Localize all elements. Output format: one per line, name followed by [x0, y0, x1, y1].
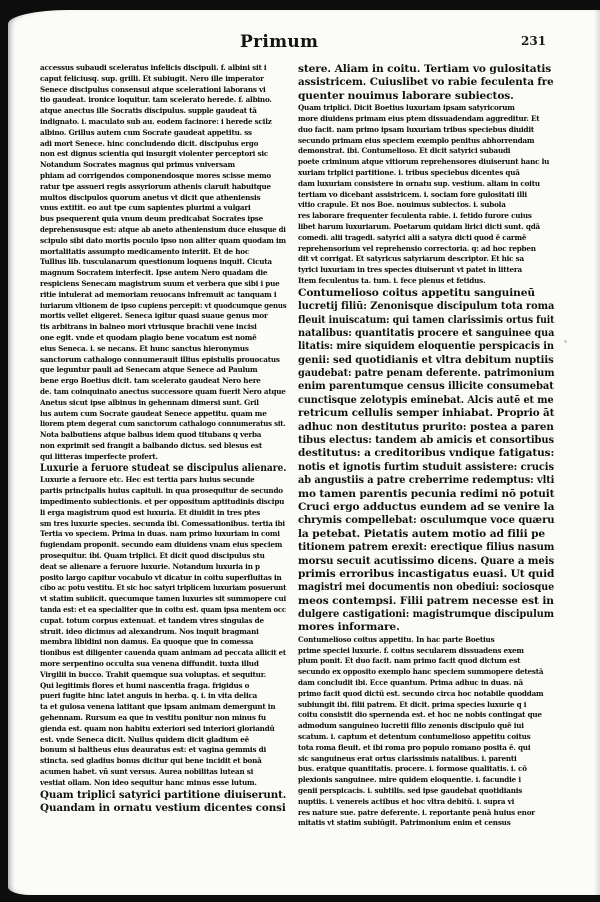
text-line: gaudebat: patre penam deferente. patrimo… [298, 367, 533, 380]
right-column: stere. Aliam in coitu. Tertiam vo gulosi… [298, 63, 554, 829]
text-line: coitu consistit dio spernenda est. et ho… [298, 710, 554, 721]
paper-speck [330, 440, 332, 442]
left-gloss-block-1: accessus subaudi sceleratus infelicis di… [40, 63, 286, 462]
text-line: tyrici luxuriam in tres species diuiseru… [298, 265, 554, 276]
text-line: membra libidini non damus. Ea quoque que… [40, 637, 286, 648]
text-line: notis et ignotis furtim studuit assister… [298, 461, 538, 474]
text-line: natalibus: quantitatis procere et sangui… [298, 327, 534, 340]
text-line: est. vnde Seneca dicit. Nullus quidem di… [40, 735, 286, 746]
left-column: accessus subaudi sceleratus infelicis di… [40, 63, 286, 815]
text-line: adhuc non destitutus prurito: postea a p… [298, 421, 547, 434]
text-line: indignato. i. maculato sub au. eodem fac… [40, 117, 286, 128]
text-line: mortis vellet eligeret. Seneca igitur qu… [40, 311, 286, 322]
text-line: tota roma fleuit. et ibi roma pro populo… [298, 743, 554, 754]
text-line: lucretij filiū: Zenonisque discipulum to… [298, 300, 537, 313]
text-line: titionem patrem erexit: erectique filius… [298, 541, 540, 554]
text-line: Quam triplici satyrici partitione diuise… [40, 789, 278, 802]
text-line: albino. Grillus autem cum Socrate gaudea… [40, 128, 286, 139]
text-line: plum ponit. Et duo facit. nam primo faci… [298, 656, 554, 667]
text-line: liorem ptem degerat cum sanctorum cathal… [40, 419, 278, 430]
text-line: Contumelioso coitus appetitu sanguineū [298, 287, 554, 300]
text-line: tio gaudeat. ironice loquitur. tam scele… [40, 95, 286, 106]
text-line: ritie intulerat ad memoriam reuocans inf… [40, 290, 286, 301]
text-line: pueri fugite hinc latet anguis in herba.… [40, 691, 286, 702]
text-line: res laborare frequenter feculenta rabie.… [298, 211, 554, 222]
text-line: morsu secuit acutissimo dicens. Quare a … [298, 555, 543, 568]
text-line: phiam ad corrigendos componendosque more… [40, 171, 286, 182]
text-line: ab angustiis a patre creberrime redemptu… [298, 474, 535, 487]
text-line: primis erroribus incastigatus euasi. Ut … [298, 568, 554, 581]
text-line: libet harum luxuriarum. Poetarum quidam … [298, 222, 554, 233]
text-line: prime speciei luxurie. f. coitus secular… [298, 646, 554, 657]
text-line: eius Seneca. i. se necans. Et hunc sanct… [40, 344, 286, 355]
text-line: Quandam in ornatu vestium dicentes consi [40, 802, 281, 815]
text-line: enim parentumque census illicite consume… [298, 380, 540, 393]
text-line: vitio crapule. Et nos Boe. nouimus subie… [298, 200, 554, 211]
text-line: iuriarum vltionem de ipso cupiens percep… [40, 301, 277, 312]
text-line: bus psequerent quia vnum deum predicabat… [40, 214, 286, 225]
text-line: Nota balbutiens atque balbus idem quod t… [40, 430, 286, 441]
text-line: tionibus est diligenter cauenda quam ani… [40, 648, 277, 659]
right-gloss-block-1: Quam triplici. Dicit Boetius luxuriam ip… [298, 103, 554, 287]
text-line: partis principalis huius capituli. in qu… [40, 486, 286, 497]
text-line: secundo ex opposito exemplo hanc speciem… [298, 667, 554, 678]
text-line: cibo ac potu vestitu. Et sic hoc satyri … [40, 583, 275, 594]
running-head: Primum 231 [8, 32, 600, 56]
text-line: primo facit quod dictū est. secundo circ… [298, 689, 554, 700]
text-line: li erga magistrum quod est luxuria. Et d… [40, 508, 286, 519]
text-line: cunctisque zelotypis eminebat. Alcis aut… [298, 394, 533, 407]
text-line: one egit. vnde et quodam plagio bene voc… [40, 333, 286, 344]
text-line: stincta. sed gladius bonus dicitur qui b… [40, 756, 286, 767]
text-line: Tertia vo speciem. Prima in duas. nam pr… [40, 529, 286, 540]
text-line: la petebat. Pietatis autem motio ad fili… [298, 528, 554, 541]
text-line: multos discipulos quorum anetus vt dicit… [40, 193, 286, 204]
text-line: Cruci ergo adductus eundem ad se venire … [298, 501, 553, 514]
right-verse-block-1: stere. Aliam in coitu. Tertiam vo gulosi… [298, 63, 554, 103]
right-verse-block-2: Contumelioso coitus appetitu sanguineūlu… [298, 287, 554, 635]
text-line: more diuidens primam eius ptem dissuaden… [298, 114, 554, 125]
left-gloss-block-2: Luxurie a feruore etc. Hec est tertia pa… [40, 475, 286, 788]
text-line: duo facit. nam primo ipsam luxuriam trib… [298, 125, 554, 136]
text-line: acumen habet. vñ sunt versus. Aurea nobi… [40, 767, 286, 778]
text-line: tis arbitrans in balneo mori vtriusque b… [40, 322, 286, 333]
text-line: adi mort Senece. hinc concludendo dicit.… [40, 139, 286, 150]
text-line: atque anectus ille Socratis discipulus. … [40, 106, 286, 117]
scanned-page-image: Primum 231 accessus subaudi sceleratus i… [0, 0, 600, 902]
text-line: litatis: mire siquidem eloquentie perspi… [298, 340, 535, 353]
text-line: qui litteras imperfecte profert. [40, 452, 286, 463]
text-line: accessus subaudi sceleratus infelicis di… [40, 63, 286, 74]
text-line: subiungit ibi. filii patrem. Et dicit. p… [298, 700, 554, 711]
text-line: demonstrat. ibi. Contumelioso. Et dicit … [298, 146, 554, 157]
text-line: que leguntur pauli ad Senecam atque Sene… [40, 365, 286, 376]
text-line: deprehensusque est: atque ab aneto athen… [40, 225, 275, 236]
text-line: magnum Socratem interfecit. Ipse autem N… [40, 268, 286, 279]
folio-number: 231 [521, 34, 546, 48]
text-line: ta et gulosa venena latitant que ipsam a… [40, 702, 286, 713]
text-line: dam luxuriam consistere in ornatu sup. v… [298, 179, 554, 190]
right-gloss-block-2: Contumelioso coitus appetitu. In hac par… [298, 635, 554, 829]
text-line: more serpentino occulta sua venena diffu… [40, 659, 286, 670]
text-line: xuriam triplici partitione. i. tribus sp… [298, 168, 554, 179]
text-line: vt statim subiicit. quecumque tamen luxu… [40, 594, 284, 605]
text-line: quenter nouimus laborare subiectos. [298, 90, 554, 103]
text-line: non exprimit sed frangit a balbando dict… [40, 441, 286, 452]
text-line: de. tam coinquinato anectus successore q… [40, 387, 285, 398]
text-line: vestiat ollam. Non ideo sequitur hanc mi… [40, 778, 286, 789]
paper-speck [494, 822, 497, 824]
verse-lemma: Luxurie a feruore studeat se discipulus … [40, 462, 258, 475]
text-line: scipulo sibi dato mortis poculo ipso non… [40, 236, 286, 247]
text-line: posito largo capitur vocabulo vt dicatur… [40, 573, 286, 584]
text-line: respiciens Senecam magistrum suum et ver… [40, 279, 286, 290]
text-line: non est dignus scientia qui insurgit vio… [40, 149, 286, 160]
text-line: magistri mei documentis non obediui: soc… [298, 581, 529, 594]
text-line: Luxurie a feruore etc. Hec est tertia pa… [40, 475, 286, 486]
text-line: ratur tpe assueri regis assyriorum athen… [40, 182, 286, 193]
text-line: Quam triplici. Dicit Boetius luxuriam ip… [298, 103, 554, 114]
text-line: sanctorum cathalogo connumerauit illius … [40, 355, 286, 366]
text-line: Tullius lib. tusculanarum questionum loq… [40, 257, 286, 268]
left-verse-block: Quam triplici satyrici partitione diuise… [40, 789, 286, 816]
running-head-title: Primum [240, 32, 318, 52]
text-line: lus autem cum Socrate gaudeat Senece app… [40, 409, 286, 420]
text-line: mo tamen parentis pecunia redimi nō potu… [298, 488, 551, 501]
text-line: dam concludit ibi. Ecce quantum. Prima a… [298, 678, 554, 689]
text-line: dulgere castigationi: magistrumque disci… [298, 608, 533, 621]
text-line: stere. Aliam in coitu. Tertiam vo gulosi… [298, 63, 554, 76]
text-line: Item feculentus ta. tum. i. fece plenus … [298, 276, 554, 287]
text-line: dit vt corrigat. Et satyricus satyriarum… [298, 254, 554, 265]
text-line: Notandum Socrates magnus qui primus vniv… [40, 160, 286, 171]
text-line: mores informare. [298, 621, 554, 634]
text-line: retricum cellulis semper inhiabat. Propr… [298, 407, 548, 420]
text-line: struit. ideo dicimus ad alexandrum. Nos … [40, 627, 286, 638]
text-line: bonum si baltheus eius deauratus est: et… [40, 745, 286, 756]
text-line: destitutus: a creditoribus vndique fatig… [298, 447, 552, 460]
text-line: chrymis compellebat: osculumque voce quæ… [298, 514, 540, 527]
text-line: poete criminum atque vitiorum reprehenso… [298, 157, 554, 168]
text-line: Qui legitimis flores et humi nascentia f… [40, 681, 286, 692]
text-line: secundo primam eius speciem exemplo peni… [298, 136, 554, 147]
text-line: comedi. alii tragedi. satyrici alii a sa… [298, 233, 554, 244]
text-line: res nature sue. patre deferente. i. repo… [298, 808, 554, 819]
text-line: fleuit inuiscatum: qui tamen clarissimis… [298, 314, 522, 327]
text-line: scatum. i. captum et detentum contumelio… [298, 732, 554, 743]
paper-speck [564, 340, 567, 343]
text-line: bene ergo Boetius dicit. tam scelerato g… [40, 376, 286, 387]
text-line: genii: sed quotidianis et vltra debitum … [298, 354, 542, 367]
text-line: Senece discipulus consensui atque sceler… [40, 85, 286, 96]
text-line: gienda est. quam non habitu exteriori se… [40, 724, 286, 735]
text-line: caput feliciusq. sup. grilli. Et subiugi… [40, 74, 286, 85]
text-line: admodum sanguineo lucretii filio zenonis… [298, 721, 554, 732]
text-line: fugiendam proponit. secundo eam diuidens… [40, 540, 286, 551]
text-line: plexionis sanguinee. mire quidem eloquen… [298, 775, 554, 786]
text-line: meos contempsi. Filii patrem necesse est… [298, 595, 554, 608]
text-line: bus. eratque quantitatis. procere. i. fo… [298, 764, 554, 775]
book-page: Primum 231 accessus subaudi sceleratus i… [8, 10, 600, 895]
text-line: tanda est: et ea specialiter que in coit… [40, 605, 275, 616]
text-line: mitatis vt statim subiūgit. Patrimonium … [298, 818, 554, 829]
text-line: prosequitur. ibi. Quam triplici. Et dici… [40, 551, 286, 562]
text-line: tibus electus: tandem ab amicis et conso… [298, 434, 538, 447]
text-line: sic sanguineus erat ortus clarissimis na… [298, 754, 554, 765]
text-line: cupat. totum corpus extenuat. et tandem … [40, 616, 286, 627]
text-line: Contumelioso coitus appetitu. In hac par… [298, 635, 554, 646]
text-line: impedimento subiectionis. et per opposit… [40, 497, 286, 508]
text-line: tertiam vo dicebant assistricem. i. soci… [298, 190, 554, 201]
text-line: mortalitatis assumpto medicamento interi… [40, 247, 286, 258]
text-line: Anetus sicut ipse albinus in gehennam di… [40, 398, 286, 409]
text-line: sm tres luxurie species. secunda ibi. Co… [40, 519, 286, 530]
text-line: vnus extitit. eo aut tpe cum sapientes p… [40, 203, 286, 214]
text-line: assistricem. Cuiuslibet vo rabie feculen… [298, 76, 547, 89]
text-line: gehennam. Rursum ea que in vestitu ponit… [40, 713, 286, 724]
text-line: reprehensorium vel reprehensio corrector… [298, 244, 554, 255]
text-line: Virgilii in bucco. Trahit quemque sua vo… [40, 670, 286, 681]
text-line: genii perspicacis. i. subtilis. sed ipse… [298, 786, 554, 797]
text-line: nuptiis. i. venereis actibus et hoc vltr… [298, 797, 554, 808]
text-line: deat se alienare a feruore luxurie. Nota… [40, 562, 286, 573]
